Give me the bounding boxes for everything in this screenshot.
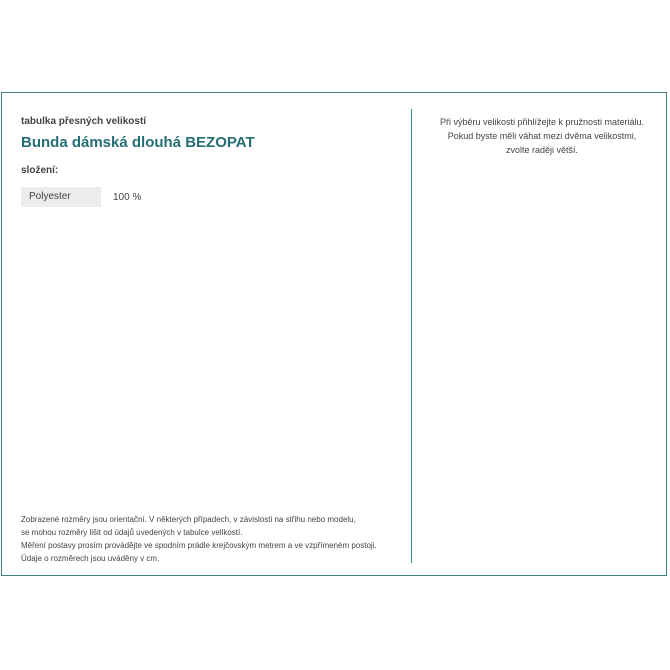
material-name: Polyester (21, 187, 101, 207)
advice-line: zvolte raději větší. (422, 143, 662, 157)
size-advice: Při výběru velikosti přihlížejte k pružn… (422, 115, 662, 157)
composition-label: složení: (21, 164, 401, 178)
advice-line: Při výběru velikosti přihlížejte k pružn… (422, 115, 662, 129)
note-line: Údaje o rozměrech jsou uváděny v cm. (21, 552, 401, 565)
note-line: Zobrazené rozměry jsou orientační. V něk… (21, 513, 401, 526)
size-chart-card: tabulka přesných velikostí Bunda dámská … (1, 92, 667, 576)
advice-line: Pokud byste měli váhat mezi dvěma veliko… (422, 129, 662, 143)
column-divider (411, 109, 412, 563)
note-line: Měření postavy prosím provádějte ve spod… (21, 539, 401, 552)
product-info: tabulka přesných velikostí Bunda dámská … (21, 115, 401, 207)
product-title: Bunda dámská dlouhá BEZOPAT (21, 134, 401, 152)
note-line: se mohou rozměry lišit od údajů uvedenýc… (21, 526, 401, 539)
measurement-notes: Zobrazené rozměry jsou orientační. V něk… (21, 513, 401, 565)
material-percent: 100 % (113, 192, 141, 203)
size-chart-subtitle: tabulka přesných velikostí (21, 115, 401, 129)
composition-row: Polyester 100 % (21, 187, 401, 207)
